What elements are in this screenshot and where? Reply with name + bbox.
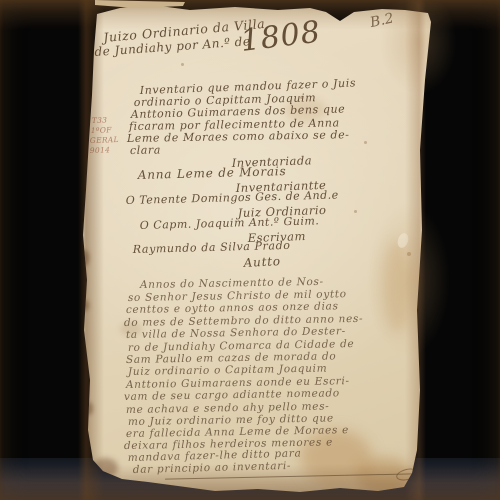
manuscript-line: 1ºOF <box>91 125 112 135</box>
manuscript-line: clara <box>130 143 161 157</box>
worn-edge-spot <box>80 250 89 266</box>
manuscript-line: 9014 <box>90 145 111 155</box>
scanned-manuscript-photo: Juizo Ordinario da Villade Jundiahy por … <box>0 0 500 500</box>
torn-leaf-sliver <box>95 0 187 8</box>
foxing-dot <box>407 252 411 256</box>
manuscript-line: B.2 <box>369 10 395 31</box>
pen-rule-stroke <box>165 473 413 479</box>
manuscript-line: Autto <box>243 254 281 270</box>
foxing-dot <box>364 141 367 144</box>
worn-edge-spot <box>82 300 89 311</box>
foxing-dot <box>181 63 184 66</box>
manuscript-line: T33 <box>92 115 108 125</box>
manuscript-line: GERAL <box>90 135 119 145</box>
worn-edge-spot <box>84 402 93 415</box>
manuscript-paper: Juizo Ordinario da Villade Jundiahy por … <box>0 0 500 500</box>
manuscript-line: Leme de Moraes como abaixo se de- <box>127 128 350 145</box>
manuscript-line: Raymundo da Silva Prado <box>133 239 291 256</box>
foxing-dot <box>354 210 357 213</box>
paper-chip <box>396 232 410 249</box>
